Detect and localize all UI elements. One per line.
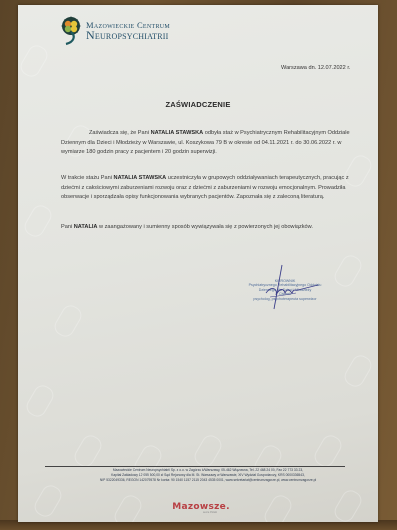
footer-line: NIP 5322049336, REGON 142079578 Nr konta… bbox=[58, 478, 358, 483]
intern-name: NATALIA STAWSKA bbox=[151, 130, 204, 136]
paragraph-2: W trakcie stażu Pani NATALIA STAWSKA ucz… bbox=[61, 174, 353, 203]
footer-divider bbox=[45, 466, 345, 467]
handwritten-signature bbox=[252, 263, 322, 311]
mazowsze-sponsor-logo: Mazowsze. serce Polski bbox=[171, 502, 231, 514]
document-title: ZAŚWIADCZENIE bbox=[18, 100, 378, 109]
paragraph-3-intro: Pani bbox=[61, 224, 74, 230]
clover-sun-logo-icon bbox=[60, 16, 82, 46]
paragraph-1: Zaświadcza się, że Pani NATALIA STAWSKA … bbox=[61, 129, 353, 158]
letterhead-logo: Mazowieckie Centrum Neuropsychiatrii bbox=[60, 16, 170, 46]
letterhead-footer: Mazowieckie Centrum Neuropsychiatrii Sp.… bbox=[58, 468, 358, 484]
mazowsze-logo-text: Mazowsze. bbox=[171, 502, 231, 512]
paragraph-3: Pani NATALIA w zaangażowany i sumienny s… bbox=[61, 223, 353, 233]
paragraph-2-intro: W trakcie stażu Pani bbox=[61, 175, 114, 181]
org-name-line2: Neuropsychiatrii bbox=[86, 29, 170, 41]
intern-name: NATALIA STAWSKA bbox=[114, 175, 167, 181]
certificate-document: Mazowieckie Centrum Neuropsychiatrii War… bbox=[18, 5, 378, 522]
document-date: Warszawa dn. 12.07.2022 r. bbox=[281, 65, 350, 71]
intern-first-name: NATALIA bbox=[74, 224, 98, 230]
paragraph-3-body: w zaangażowany i sumienny sposób wywiązy… bbox=[97, 224, 312, 230]
paragraph-1-intro: Zaświadcza się, że Pani bbox=[89, 130, 151, 136]
